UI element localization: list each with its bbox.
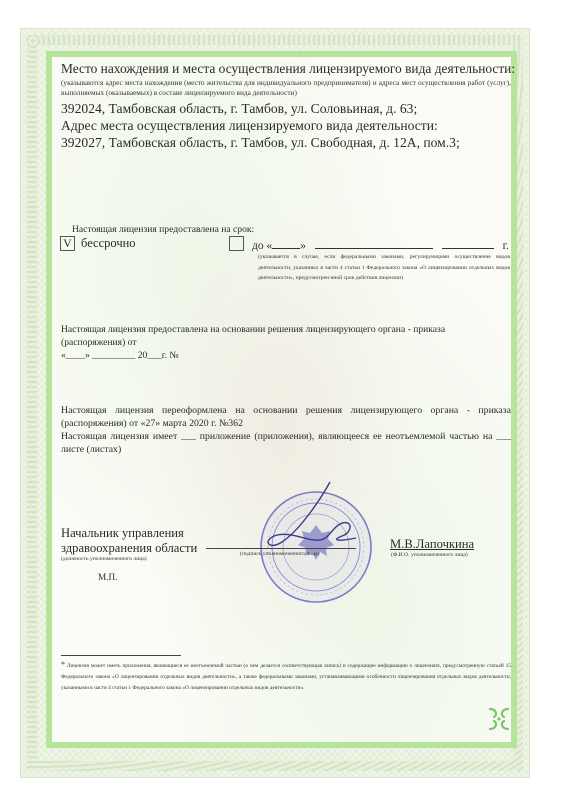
until-date-checkbox <box>229 236 244 251</box>
footnote-divider <box>61 655 181 656</box>
unlimited-label: бессрочно <box>81 236 136 251</box>
location-address: 392024, Тамбовская область, г. Тамбов, у… <box>61 101 417 117</box>
until-prefix: до « <box>252 240 272 252</box>
seal-place-label: М.П. <box>98 572 117 582</box>
signature-caption: (подпись уполномоченного лица) <box>240 551 320 557</box>
activity-address: 392027, Тамбовская область, г. Тамбов, у… <box>61 135 460 151</box>
unlimited-checkbox: V <box>60 236 75 251</box>
name-caption: (Ф.И.О. уполномоченного лица) <box>391 552 468 558</box>
year-blank <box>442 238 494 249</box>
position-caption: (должность уполномоченного лица) <box>61 556 147 562</box>
position-line-1: Начальник управления <box>61 526 197 541</box>
basis-line-2: «____» _________ 20___г. № <box>61 349 511 362</box>
until-quote-close: » <box>300 240 306 252</box>
position-line-2: здравоохранения области <box>61 541 197 556</box>
official-position: Начальник управления здравоохранения обл… <box>61 526 197 556</box>
month-blank <box>315 238 433 249</box>
address-hint: (указываются адрес места нахождения (мес… <box>61 78 511 98</box>
official-name: М.В.Лапочкина <box>390 537 474 552</box>
footnote: * Лицензия может иметь приложения, являю… <box>61 659 511 694</box>
until-suffix: г. <box>503 240 509 252</box>
ornament-icon <box>486 705 512 733</box>
reissue-text: Настоящая лицензия переоформлена на осно… <box>61 405 511 430</box>
until-hint: (указывается в случае, если федеральными… <box>258 252 510 284</box>
signature-icon <box>260 480 370 550</box>
inner-green-frame <box>46 51 517 748</box>
day-blank <box>272 238 300 249</box>
activity-address-heading: Адрес места осуществления лицензируемого… <box>61 118 438 134</box>
appendix-text: Настоящая лицензия имеет ___ приложение … <box>61 431 511 456</box>
basis-section: Настоящая лицензия предоставлена на осно… <box>61 323 511 362</box>
until-date-line: до «» г. <box>252 238 509 252</box>
term-label: Настоящая лицензия предоставлена на срок… <box>72 224 254 235</box>
footnote-marker: * <box>61 660 65 669</box>
basis-line-1: Настоящая лицензия предоставлена на осно… <box>61 323 511 349</box>
address-heading: Место нахождения и места осуществления л… <box>61 61 515 77</box>
footnote-text: Лицензия может иметь приложения, являющи… <box>61 663 511 691</box>
signature-line <box>206 548 356 549</box>
